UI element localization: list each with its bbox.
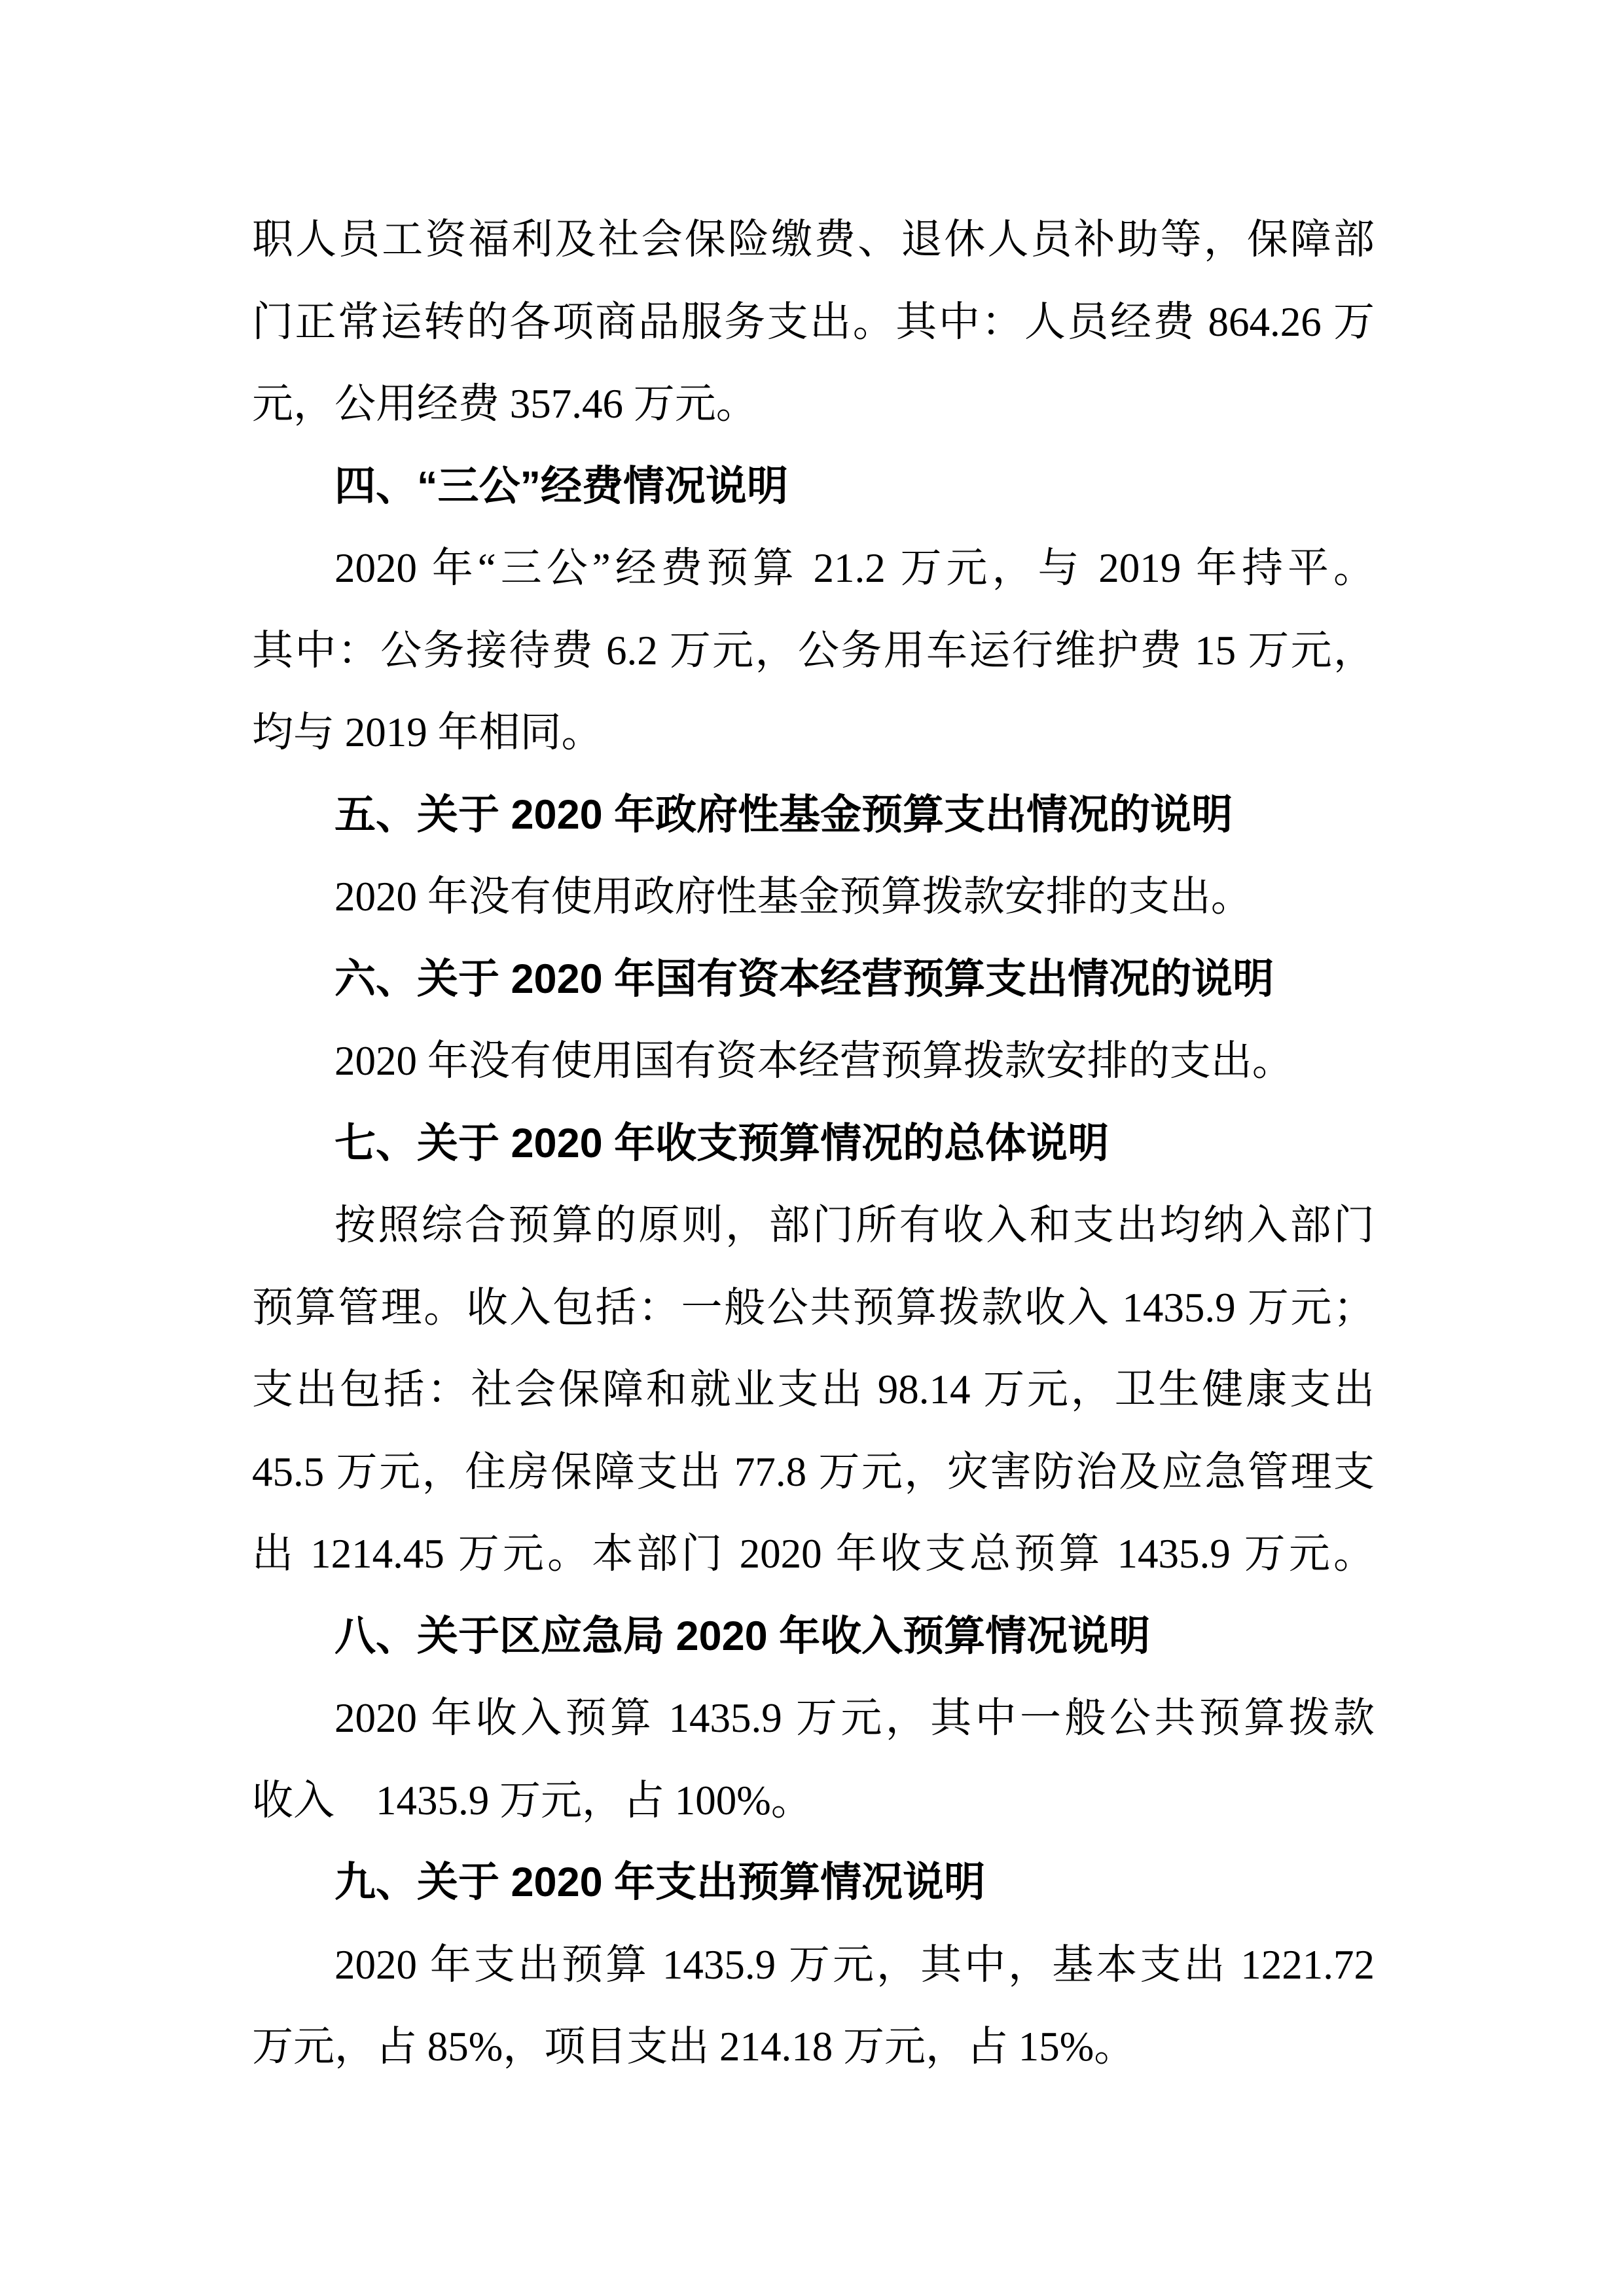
section-heading-4: 四、“三公”经费情况说明 bbox=[252, 446, 1375, 528]
paragraph-line: 职人员工资福利及社会保险缴费、退休人员补助等，保障部 bbox=[252, 199, 1375, 281]
section-heading-7: 七、关于 2020 年收支预算情况的总体说明 bbox=[252, 1103, 1375, 1185]
paragraph-line: 按照综合预算的原则，部门所有收入和支出均纳入部门 bbox=[252, 1185, 1375, 1267]
section-heading-9: 九、关于 2020 年支出预算情况说明 bbox=[252, 1842, 1375, 1924]
paragraph-line: 出 1214.45 万元。本部门 2020 年收支总预算 1435.9 万元。 bbox=[252, 1513, 1375, 1596]
document-body: 职人员工资福利及社会保险缴费、退休人员补助等，保障部 门正常运转的各项商品服务支… bbox=[252, 199, 1375, 2089]
paragraph-line: 其中：公务接待费 6.2 万元，公务用车运行维护费 15 万元， bbox=[252, 610, 1375, 692]
paragraph-line: 2020 年“三公”经费预算 21.2 万元，与 2019 年持平。 bbox=[252, 528, 1375, 610]
paragraph-line: 45.5 万元，住房保障支出 77.8 万元，灾害防治及应急管理支 bbox=[252, 1431, 1375, 1514]
paragraph-line: 2020 年支出预算 1435.9 万元，其中，基本支出 1221.72 bbox=[252, 1924, 1375, 2007]
paragraph-line: 收入 1435.9 万元，占 100%。 bbox=[252, 1760, 1375, 1842]
paragraph-line: 元，公用经费 357.46 万元。 bbox=[252, 363, 1375, 446]
section-heading-8: 八、关于区应急局 2020 年收入预算情况说明 bbox=[252, 1596, 1375, 1678]
paragraph-line: 均与 2019 年相同。 bbox=[252, 692, 1375, 774]
paragraph-line: 2020 年没有使用国有资本经营预算拨款安排的支出。 bbox=[252, 1020, 1375, 1103]
section-heading-5: 五、关于 2020 年政府性基金预算支出情况的说明 bbox=[252, 774, 1375, 857]
paragraph-line: 支出包括：社会保障和就业支出 98.14 万元，卫生健康支出 bbox=[252, 1349, 1375, 1431]
document-page: 职人员工资福利及社会保险缴费、退休人员补助等，保障部 门正常运转的各项商品服务支… bbox=[0, 0, 1624, 2296]
paragraph-line: 预算管理。收入包括：一般公共预算拨款收入 1435.9 万元； bbox=[252, 1267, 1375, 1350]
paragraph-line: 门正常运转的各项商品服务支出。其中：人员经费 864.26 万 bbox=[252, 281, 1375, 364]
paragraph-line: 2020 年收入预算 1435.9 万元，其中一般公共预算拨款 bbox=[252, 1677, 1375, 1760]
section-heading-6: 六、关于 2020 年国有资本经营预算支出情况的说明 bbox=[252, 939, 1375, 1021]
paragraph-line: 万元，占 85%，项目支出 214.18 万元，占 15%。 bbox=[252, 2006, 1375, 2089]
paragraph-line: 2020 年没有使用政府性基金预算拨款安排的支出。 bbox=[252, 856, 1375, 939]
